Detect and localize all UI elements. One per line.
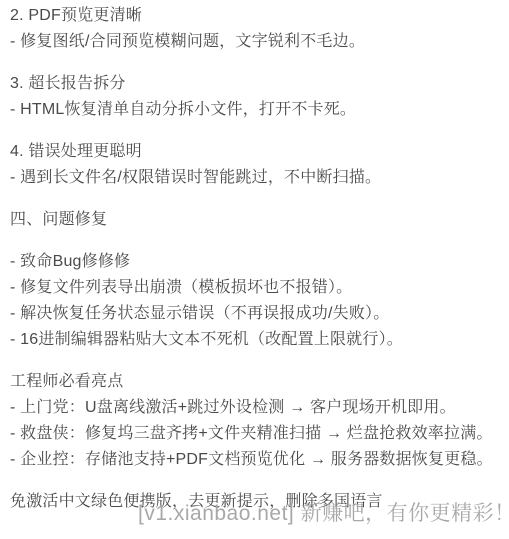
bullet-item: - 企业控：存储池支持+PDF文档预览优化 → 服务器数据恢复更稳。 <box>10 447 503 473</box>
section-heading: 2. PDF预览更清晰 <box>10 3 503 29</box>
section-error-handling: 4. 错误处理更聪明 - 遇到长文件名/权限错误时智能跳过，不中断扫描。 <box>10 139 503 191</box>
section-heading: 四、问题修复 <box>10 207 503 233</box>
section-engineer-highlights: 工程师必看亮点 - 上门党：U盘离线激活+跳过外设检测 → 客户现场开机即用。 … <box>10 369 503 473</box>
bullet-item: - 修复文件列表导出崩溃（模板损坏也不报错）。 <box>10 275 503 301</box>
bullet-item: - 解决恢复任务状态显示错误（不再误报成功/失败）。 <box>10 301 503 327</box>
bullet-item: - 修复图纸/合同预览模糊问题，文字锐利不毛边。 <box>10 29 503 55</box>
bullet-item: - HTML恢复清单自动分拆小文件，打开不卡死。 <box>10 97 503 123</box>
bullet-item: - 救盘侠：修复坞三盘齐拷+文件夹精准扫描 → 烂盘抢救效率拉满。 <box>10 421 503 447</box>
site-watermark: [v1.xianbao.net] 新赚吧，有你更精彩！ <box>138 500 509 528</box>
bullet-item: - 16进制编辑器粘贴大文本不死机（改配置上限就行）。 <box>10 327 503 353</box>
bullet-item: - 上门党：U盘离线激活+跳过外设检测 → 客户现场开机即用。 <box>10 395 503 421</box>
section-heading: 3. 超长报告拆分 <box>10 71 503 97</box>
bullet-item: - 致命Bug修修修 <box>10 249 503 275</box>
section-heading: 工程师必看亮点 <box>10 369 503 395</box>
section-bugfix-list: - 致命Bug修修修 - 修复文件列表导出崩溃（模板损坏也不报错）。 - 解决恢… <box>10 249 503 353</box>
changelog-post: 2. PDF预览更清晰 - 修复图纸/合同预览模糊问题，文字锐利不毛边。 3. … <box>0 0 509 539</box>
bullet-item: - 遇到长文件名/权限错误时智能跳过，不中断扫描。 <box>10 165 503 191</box>
section-long-report-split: 3. 超长报告拆分 - HTML恢复清单自动分拆小文件，打开不卡死。 <box>10 71 503 123</box>
section-heading: 4. 错误处理更聪明 <box>10 139 503 165</box>
section-bugfix-title: 四、问题修复 <box>10 207 503 233</box>
section-pdf-preview: 2. PDF预览更清晰 - 修复图纸/合同预览模糊问题，文字锐利不毛边。 <box>10 3 503 55</box>
